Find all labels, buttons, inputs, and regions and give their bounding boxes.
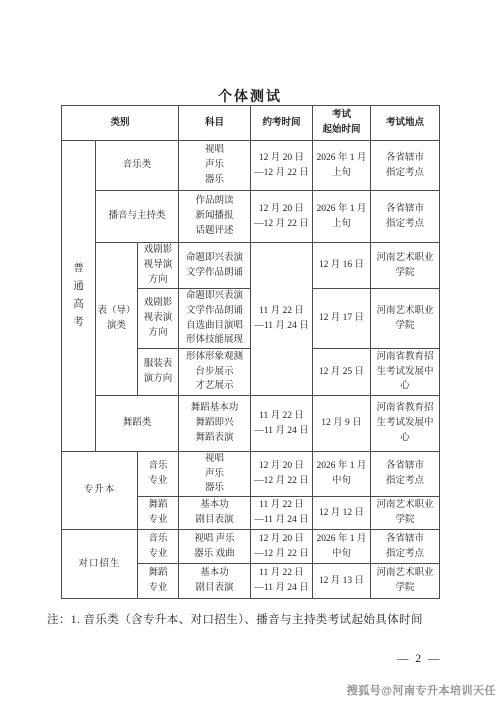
subject-cell: 基本功 剧目表演 <box>179 564 251 599</box>
appointment-cell: 12 月 20 日 —12 月 22 日 <box>251 452 313 497</box>
category-cell: 音乐 专业 <box>138 452 179 497</box>
category-cell: 音乐 专业 <box>138 530 179 564</box>
appointment-cell: 11 月 22 日 —11 月 24 日 <box>251 396 313 452</box>
group-cell-duikou: 对口招生 <box>62 530 138 599</box>
category-cell: 表（导） 演类 <box>96 243 138 396</box>
location-cell: 河南艺术职业 学院 <box>371 497 440 530</box>
location-cell: 河南省教育招 生考试发展中 心 <box>371 396 440 452</box>
subject-cell: 作品朗读 新闻播报 话题评述 <box>179 191 251 243</box>
header-appointment-time: 约考时间 <box>251 106 313 141</box>
category-cell: 舞蹈 专业 <box>138 564 179 599</box>
page-title: 个体测试 <box>61 86 439 106</box>
table-row: 对口招生 音乐 专业 视唱 声乐 器乐 戏曲 12 月 20 日 —12 月 2… <box>62 530 440 564</box>
appointment-cell: 12 月 20 日 —12 月 22 日 <box>251 141 313 191</box>
appointment-cell: 12 月 20 日 —12 月 22 日 <box>251 191 313 243</box>
start-time-cell: 12 月 12 日 <box>313 497 371 530</box>
table-row: 表（导） 演类 戏剧影 视导演 方向 命题即兴表演 文学作品朗诵 11 月 22… <box>62 243 440 289</box>
header-subject: 科目 <box>179 106 251 141</box>
location-cell: 各省辖市 指定考点 <box>371 452 440 497</box>
location-cell: 各省辖市 指定考点 <box>371 191 440 243</box>
group-label: 普通高考 <box>73 260 85 331</box>
appointment-cell: 12 月 20 日 —12 月 22 日 <box>251 530 313 564</box>
category-cell: 播音与主持类 <box>96 191 179 243</box>
table-row: 舞蹈类 舞蹈基本功 舞蹈即兴 舞蹈表演 11 月 22 日 —11 月 24 日… <box>62 396 440 452</box>
header-start-time: 考试 起始时间 <box>313 106 371 141</box>
table-row: 播音与主持类 作品朗读 新闻播报 话题评述 12 月 20 日 —12 月 22… <box>62 191 440 243</box>
start-time-cell: 12 月 25 日 <box>313 349 371 396</box>
direction-cell: 服装表 演方向 <box>138 349 179 396</box>
location-cell: 河南艺术职业 学院 <box>371 289 440 349</box>
start-time-cell: 2026 年 1 月 上旬 <box>313 191 371 243</box>
location-cell: 各省辖市 指定考点 <box>371 141 440 191</box>
table-row: 普通高考 音乐类 视唱 声乐 器乐 12 月 20 日 —12 月 22 日 2… <box>62 141 440 191</box>
category-cell: 音乐类 <box>96 141 179 191</box>
start-time-cell: 12 月 9 日 <box>313 396 371 452</box>
start-time-cell: 2026 年 1 月 中旬 <box>313 530 371 564</box>
subject-cell: 视唱 声乐 器乐 <box>179 452 251 497</box>
subject-cell: 舞蹈基本功 舞蹈即兴 舞蹈表演 <box>179 396 251 452</box>
category-cell: 舞蹈类 <box>96 396 179 452</box>
subject-cell: 命题即兴表演 文学作品朗诵 自选曲目演唱 形体技能展现 <box>179 289 251 349</box>
location-cell: 各省辖市 指定考点 <box>371 530 440 564</box>
header-location: 考试地点 <box>371 106 440 141</box>
group-cell-gaokao: 普通高考 <box>62 141 96 452</box>
start-time-cell: 12 月 16 日 <box>313 243 371 289</box>
watermark: 搜狐号@河南专升本培训天任 <box>347 682 496 698</box>
table-row: 专升本 音乐 专业 视唱 声乐 器乐 12 月 20 日 —12 月 22 日 … <box>62 452 440 497</box>
group-cell-zhuanshengben: 专升本 <box>62 452 138 530</box>
location-cell: 河南省教育招 生考试发展中 心 <box>371 349 440 396</box>
footnote: 注：1. 音乐类（含专升本、对口招生）、播音与主持类考试起始具体时间 <box>47 611 467 627</box>
location-cell: 河南艺术职业 学院 <box>371 564 440 599</box>
start-time-cell: 12 月 17 日 <box>313 289 371 349</box>
table-header-row: 类别 科目 约考时间 考试 起始时间 考试地点 <box>62 106 440 141</box>
exam-schedule-table: 类别 科目 约考时间 考试 起始时间 考试地点 普通高考 音乐类 视唱 声乐 器… <box>61 105 440 599</box>
subject-cell: 形体形象观测 台步展示 才艺展示 <box>179 349 251 396</box>
page-number: — 2 — <box>397 653 442 665</box>
location-cell: 河南艺术职业 学院 <box>371 243 440 289</box>
start-time-cell: 2026 年 1 月 上旬 <box>313 141 371 191</box>
appointment-cell: 11 月 22 日 —11 月 24 日 <box>251 564 313 599</box>
category-cell: 舞蹈 专业 <box>138 497 179 530</box>
start-time-cell: 12 月 13 日 <box>313 564 371 599</box>
start-time-cell: 2026 年 1 月 中旬 <box>313 452 371 497</box>
appointment-cell: 11 月 22 日 —11 月 24 日 <box>251 243 313 396</box>
direction-cell: 戏剧影 视表演 方向 <box>138 289 179 349</box>
subject-cell: 视唱 声乐 器乐 <box>179 141 251 191</box>
subject-cell: 视唱 声乐 器乐 戏曲 <box>179 530 251 564</box>
header-category: 类别 <box>62 106 179 141</box>
appointment-cell: 11 月 22 日 —11 月 24 日 <box>251 497 313 530</box>
subject-cell: 命题即兴表演 文学作品朗诵 <box>179 243 251 289</box>
subject-cell: 基本功 剧目表演 <box>179 497 251 530</box>
direction-cell: 戏剧影 视导演 方向 <box>138 243 179 289</box>
